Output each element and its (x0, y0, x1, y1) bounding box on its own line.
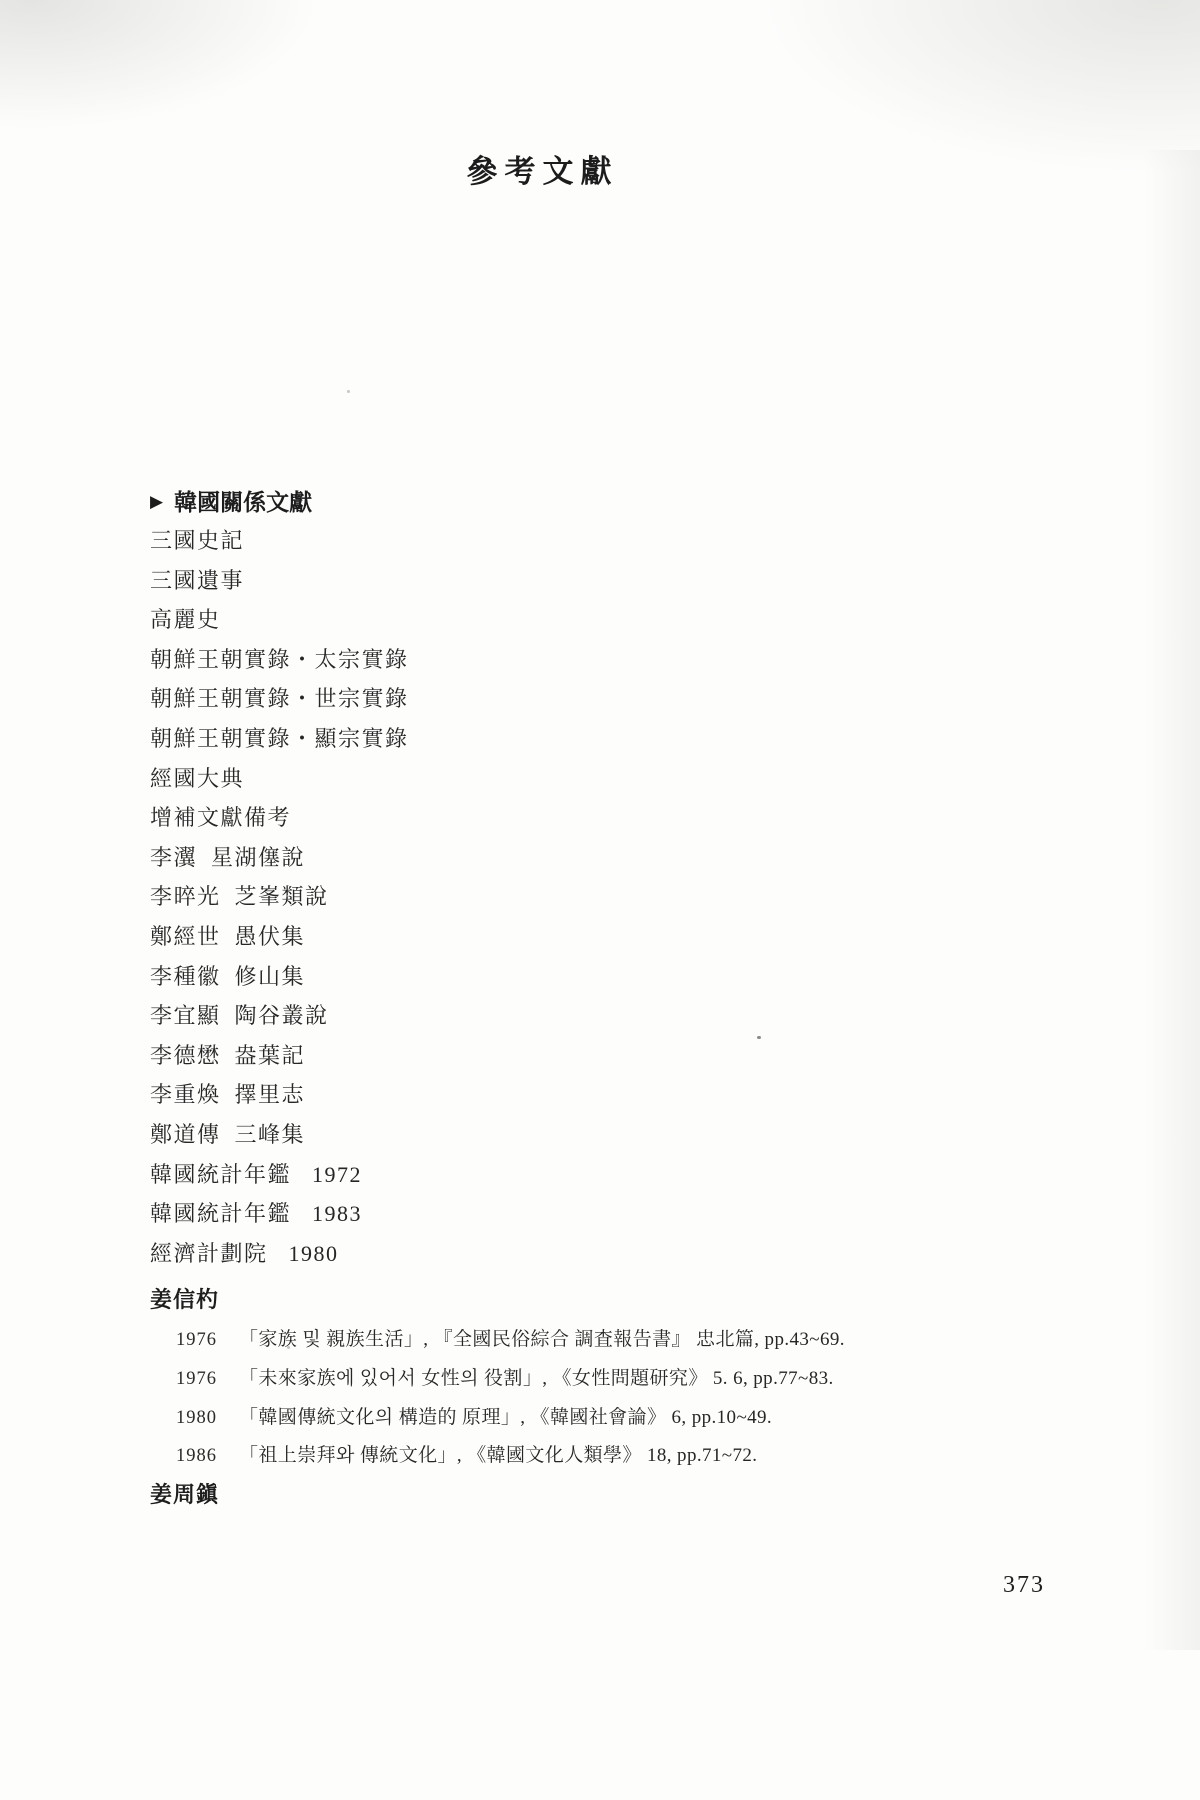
bibliography-item: 三國史記 (150, 521, 950, 561)
scan-shadow-right-edge (1130, 150, 1200, 1650)
bibliography-item: 鄭道傳 三峰集 (150, 1115, 950, 1155)
page-title: 參考文獻 (0, 146, 1085, 191)
bibliography-item: 經濟計劃院 1980 (150, 1234, 950, 1274)
bibliography-item: 經國大典 (150, 759, 950, 799)
author-name: 姜信杓 (150, 1281, 1070, 1321)
entry-citation: 「韓國傳統文化의 構造的 原理」, 《韓國社會論》 6, pp.10~49. (239, 1399, 772, 1438)
scanned-page: 參考文獻 ▶ 韓國關係文獻 三國史記三國遺事高麗史朝鮮王朝實錄・太宗實錄朝鮮王朝… (0, 0, 1200, 1800)
bibliography-item: 朝鮮王朝實錄・太宗實錄 (150, 640, 950, 680)
entry-year: 1986 (176, 1437, 224, 1476)
section-heading: ▶ 韓國關係文獻 (150, 484, 312, 517)
bibliography-item: 朝鮮王朝實錄・顯宗實錄 (150, 719, 950, 759)
triangle-marker-icon: ▶ (150, 492, 163, 512)
bibliography-item: 李瀷 星湖僿說 (150, 838, 950, 878)
section-heading-label: 韓國關係文獻 (174, 484, 312, 517)
bibliography-entry: 1980「韓國傳統文化의 構造的 原理」, 《韓國社會論》 6, pp.10~4… (150, 1399, 1070, 1438)
bibliography-entry: 1976「家族 및 親族生活」, 『全國民俗綜合 調査報告書』 忠北篇, pp.… (150, 1321, 1070, 1360)
entry-year: 1976 (176, 1321, 224, 1360)
bibliography-entry: 1986「祖上崇拜와 傳統文化」, 《韓國文化人類學》 18, pp.71~72… (150, 1437, 1070, 1476)
bibliography-item: 李宜顯 陶谷叢說 (150, 996, 950, 1036)
bibliography-item: 李重煥 擇里志 (150, 1075, 950, 1115)
entry-citation: 「家族 및 親族生活」, 『全國民俗綜合 調査報告書』 忠北篇, pp.43~6… (239, 1321, 845, 1360)
scan-speck (347, 390, 350, 393)
entry-citation: 「祖上崇拜와 傳統文化」, 《韓國文化人類學》 18, pp.71~72. (239, 1437, 757, 1476)
author-name: 姜周鎭 (150, 1476, 1070, 1516)
page-number: 373 (1003, 1572, 1045, 1599)
entry-year: 1980 (176, 1399, 224, 1438)
bibliography-item: 高麗史 (150, 600, 950, 640)
bibliography-entry: 1976「未來家族에 있어서 女性의 役割」, 《女性問題研究》 5. 6, p… (150, 1360, 1070, 1399)
bibliography-item: 韓國統計年鑑 1972 (150, 1155, 950, 1195)
bibliography-item: 韓國統計年鑑 1983 (150, 1194, 950, 1234)
entry-year: 1976 (176, 1360, 224, 1399)
bibliography-item: 增補文獻備考 (150, 798, 950, 838)
bibliography-item: 三國遺事 (150, 561, 950, 601)
bibliography-item: 李晬光 芝峯類說 (150, 877, 950, 917)
scan-shadow-top-left (0, 0, 320, 130)
author-bibliography: 姜信杓1976「家族 및 親族生活」, 『全國民俗綜合 調査報告書』 忠北篇, … (150, 1281, 1070, 1516)
entry-citation: 「未來家族에 있어서 女性의 役割」, 《女性問題研究》 5. 6, pp.77… (239, 1360, 834, 1399)
bibliography-item: 朝鮮王朝實錄・世宗實錄 (150, 679, 950, 719)
scan-shadow-top-right (770, 0, 1200, 170)
bibliography-item: 鄭經世 愚伏集 (150, 917, 950, 957)
bibliography-item: 李德懋 盎葉記 (150, 1036, 950, 1076)
bibliography-list: 三國史記三國遺事高麗史朝鮮王朝實錄・太宗實錄朝鮮王朝實錄・世宗實錄朝鮮王朝實錄・… (150, 521, 950, 1273)
bibliography-item: 李種徽 修山集 (150, 957, 950, 997)
